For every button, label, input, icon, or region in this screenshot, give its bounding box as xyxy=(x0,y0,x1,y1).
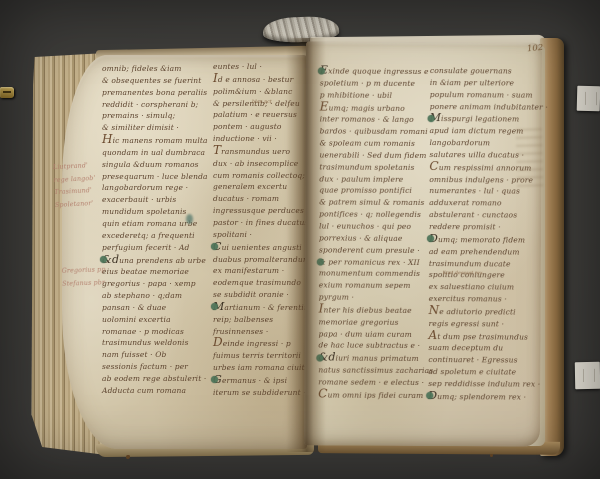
manuscript-text-line: spolitani · xyxy=(213,229,317,241)
manuscript-text-line: ex manifestarum · xyxy=(213,265,317,277)
ink-speck xyxy=(490,454,493,457)
manuscript-text-line: quondam in ual dumbraca xyxy=(102,147,208,159)
manuscript-text-line: p mhibitione · ubil xyxy=(320,89,435,101)
manuscript-text-line: eodemque trasimundo xyxy=(213,277,317,289)
fore-edge-tab-bottom xyxy=(575,362,600,389)
manuscript-text-line: suam deceptum du xyxy=(428,342,546,354)
manuscript-text-line: frusinnenses · xyxy=(213,326,317,338)
left-page-column-1: omnib; fideles &iam& obsequentes se fuer… xyxy=(102,63,208,397)
manuscript-text-line: fuimus terris territorii xyxy=(213,350,317,362)
manuscript-text-line: trasimundum ducate xyxy=(429,258,547,270)
left-page: Liutprand'rege langob'Trasimund'Spoletan… xyxy=(62,55,307,449)
manuscript-text-line: pontem · augusto xyxy=(213,121,317,133)
show-through-stain xyxy=(516,124,544,187)
manuscript-text-line: &duna prendens ab urbe xyxy=(102,254,208,267)
manuscript-text-line: Deinde ingressi · p xyxy=(213,337,317,350)
manuscript-text-line: Germanus · & ipsi xyxy=(213,374,317,387)
manuscript-text-line: ingressusque perduces xyxy=(213,205,317,217)
manuscript-text-line: gregorius · papa · xemp xyxy=(102,278,208,290)
manuscript-text-line: & obsequentes se fuerint xyxy=(102,75,208,87)
manuscript-text-line: Id e annosa · bestur xyxy=(213,73,317,86)
manuscript-text-line: pyrgum · xyxy=(319,291,434,303)
manuscript-text-line: Inter his diebus beatae xyxy=(319,303,434,316)
manuscript-text-line: inter romanos · & lango xyxy=(320,114,435,126)
manuscript-text-line: euntes · lul · xyxy=(213,61,317,73)
manuscript-text-line: numerantes · lul · quas xyxy=(429,185,547,197)
manuscript-text-line: singula &duum romanos xyxy=(102,159,208,171)
manuscript-text-line: ab eodem rege abstulerit · xyxy=(102,373,208,385)
manuscript-text-line: Eumq; magis urbano xyxy=(320,101,435,114)
manuscript-text-line: & patrem simul & romanis xyxy=(319,197,434,209)
manuscript-text-line: dux · ab insecomplice xyxy=(213,158,317,170)
manuscript-text-line: & spoleam cum romanis xyxy=(319,138,434,150)
manuscript-text-line: ad eam prehendendum xyxy=(429,246,547,258)
manuscript-text-line: de hac luce subtractus e · xyxy=(318,340,433,352)
manuscript-text-line: romanae · p modicas xyxy=(102,326,208,338)
manuscript-text-line: pontifices · q; nollegendis xyxy=(319,209,434,221)
manuscript-text-line: premains · simulq; xyxy=(102,110,208,122)
manuscript-text-line: regis egressi sunt · xyxy=(429,318,547,330)
tab-pencil-marks xyxy=(580,92,600,105)
manuscript-text-line: exercitus romanus · xyxy=(429,293,547,305)
manuscript-text-line: Cum omni ips fidei curam xyxy=(318,388,433,401)
manuscript-text-line: sep reddidisse indulum rex · xyxy=(428,378,546,390)
manuscript-text-line: nam fuisset · Ob xyxy=(102,349,208,361)
manuscript-text-line: generalem excertu xyxy=(213,181,317,193)
clasp-pin xyxy=(0,87,14,98)
manuscript-text-line: & per romanicus rex · XII xyxy=(319,256,434,268)
manuscript-text-line: sessionis factum · per xyxy=(102,361,208,373)
manuscript-text-line: se subdidit oranie · xyxy=(213,289,317,301)
manuscript-text-line: &diuri manus primatum xyxy=(318,352,433,365)
left-page-column-2: euntes · lul ·Id e annosa · besturpolim&… xyxy=(213,61,317,399)
interlinear-gloss: licet deesset rex xyxy=(443,271,483,276)
manuscript-text-line: ducatus · romam xyxy=(213,193,317,205)
tab-pencil-marks xyxy=(578,369,599,383)
manuscript-text-line: ab stephano · q;dam xyxy=(102,290,208,302)
manuscript-text-line: Dumq; memorato fidem xyxy=(429,233,547,246)
manuscript-text-line: populum romanum · suam xyxy=(430,89,548,101)
manuscript-text-line: duabus promalterandum xyxy=(213,254,317,266)
manuscript-text-line: & similiter dimisit · xyxy=(102,122,208,134)
manuscript-text-line: reddidit · corspherani b; xyxy=(102,99,208,111)
manuscript-text-line: in &iam per ulteriore xyxy=(430,77,548,89)
manuscript-text-line: consulate gouernans xyxy=(430,65,548,77)
manuscript-text-line: Dumq; splendorem rex · xyxy=(428,390,546,403)
manuscript-text-line: abstulerant · cunctaos xyxy=(429,209,547,221)
manuscript-text-line: exium romanum sepem xyxy=(319,280,434,292)
manuscript-text-line: trasimundum spoletanis xyxy=(319,161,434,173)
manuscript-text-line: exacerbauit · urbis xyxy=(102,194,208,206)
manuscript-text-line: trasimundus weldonis xyxy=(102,337,208,349)
manuscript-text-line: adduxerat romano xyxy=(429,197,547,209)
manuscript-text-line: bardos · quibusdam romani xyxy=(320,126,435,138)
marginal-note-line: Stefanus pbr xyxy=(62,277,106,291)
manuscript-text-line: langobardorum rege · xyxy=(102,182,208,194)
manuscript-text-line: monumentum commendis xyxy=(319,268,434,280)
pigment-smudge xyxy=(186,214,193,224)
manuscript-text-line: continuaret · Egressus xyxy=(428,354,546,366)
manuscript-text-line: iterum se subdiderunt · xyxy=(213,387,317,399)
manuscript-text-line: ponere animam indubitanter · xyxy=(430,101,548,113)
interlinear-gloss: blan pct xyxy=(252,100,272,105)
manuscript-text-line: ad spoletum e ciuitate xyxy=(428,366,546,378)
manuscript-text-line: memoriae gregorius xyxy=(319,316,434,328)
manuscript-text-line: eius beatae memoriae xyxy=(102,266,208,278)
manuscript-text-line: sponderent cum presule · xyxy=(319,244,434,256)
manuscript-text-line: Cui uenientes angusti xyxy=(213,241,317,254)
photo-background: Liutprand'rege langob'Trasimund'Spoletan… xyxy=(0,0,600,479)
ink-speck xyxy=(126,455,130,459)
manuscript-text-line: quae promisso pontifici xyxy=(319,185,434,197)
manuscript-text-line: porrexius · & aliquae xyxy=(319,232,434,244)
manuscript-text-line: presequarum · luce blenda xyxy=(102,171,208,183)
manuscript-text-line: omnib; fideles &iam xyxy=(102,63,208,75)
manuscript-text-line: reddere promisit · xyxy=(429,221,547,233)
manuscript-text-line: Hic manens romam multa xyxy=(102,134,208,147)
manuscript-text-line: Adducta cum romana xyxy=(102,385,208,397)
manuscript-text-line: Exinde quoque ingressus e xyxy=(320,64,435,77)
right-page-column-2: consulate gouernansin &iam per ulteriore… xyxy=(428,65,548,403)
manuscript-text-line: romane sedem · e electus · xyxy=(318,376,433,388)
manuscript-text-line: uenerabili · Sed dum fidem xyxy=(319,149,434,161)
folio-number: 102 xyxy=(527,43,544,55)
manuscript-text-line: inductione · vii · xyxy=(213,133,317,145)
manuscript-text-line: polim&ium · &blanc xyxy=(213,86,317,98)
manuscript-text-line: cum romanis collectoq; xyxy=(213,170,317,182)
marginalia-lower: Gregorius ppStefanus pbr xyxy=(62,264,107,291)
manuscript-text-line: Martianum · & ferentini xyxy=(213,301,317,314)
manuscript-text-line: perfugium fecerit · Ad xyxy=(102,242,208,254)
manuscript-text-line: premanentes bona peraliis xyxy=(102,87,208,99)
manuscript-text-line: palatium · e reuersus xyxy=(213,109,317,121)
manuscript-text-line: papa · dum uiam curam xyxy=(318,328,433,340)
manuscript-text-line: uolomini excertia xyxy=(102,314,208,326)
manuscript-text-line: lul · eunuchos · qui peo xyxy=(319,220,434,232)
fore-edge-tab-top xyxy=(577,86,600,112)
manuscript-text-line: spoletium · p m ducente xyxy=(320,77,435,89)
marginalia-upper: Liutprand'rege langob'Trasimund'Spoletan… xyxy=(53,160,97,212)
manuscript-text-line: pansan · & duae xyxy=(102,302,208,314)
manuscript-text-line: excederetq; a frequenti xyxy=(102,230,208,242)
manuscript-text-line: reip; balbenses xyxy=(213,314,317,326)
manuscript-text-line: ex saluestiano ciuium xyxy=(429,281,547,293)
marginal-note-line: Spoletanor' xyxy=(55,197,97,212)
right-page: 102 Exinde quoque ingressus espoletium ·… xyxy=(304,41,542,446)
manuscript-text-line: Ne adiutorio predicti xyxy=(429,305,547,318)
manuscript-text-line: At dum pse trasimundus xyxy=(428,330,546,343)
manuscript-text-line: Transmundus uero xyxy=(213,145,317,158)
manuscript-text-line: dux · paulum implere xyxy=(319,173,434,185)
right-page-column-1: Exinde quoque ingressus espoletium · p m… xyxy=(318,64,435,401)
manuscript-text-line: urbes iam romana ciuitate xyxy=(213,362,317,374)
manuscript-text-line: natus sanctissimus zacharias xyxy=(318,365,433,377)
manuscript-text-line: pastor · in fines ducatus xyxy=(213,217,317,229)
